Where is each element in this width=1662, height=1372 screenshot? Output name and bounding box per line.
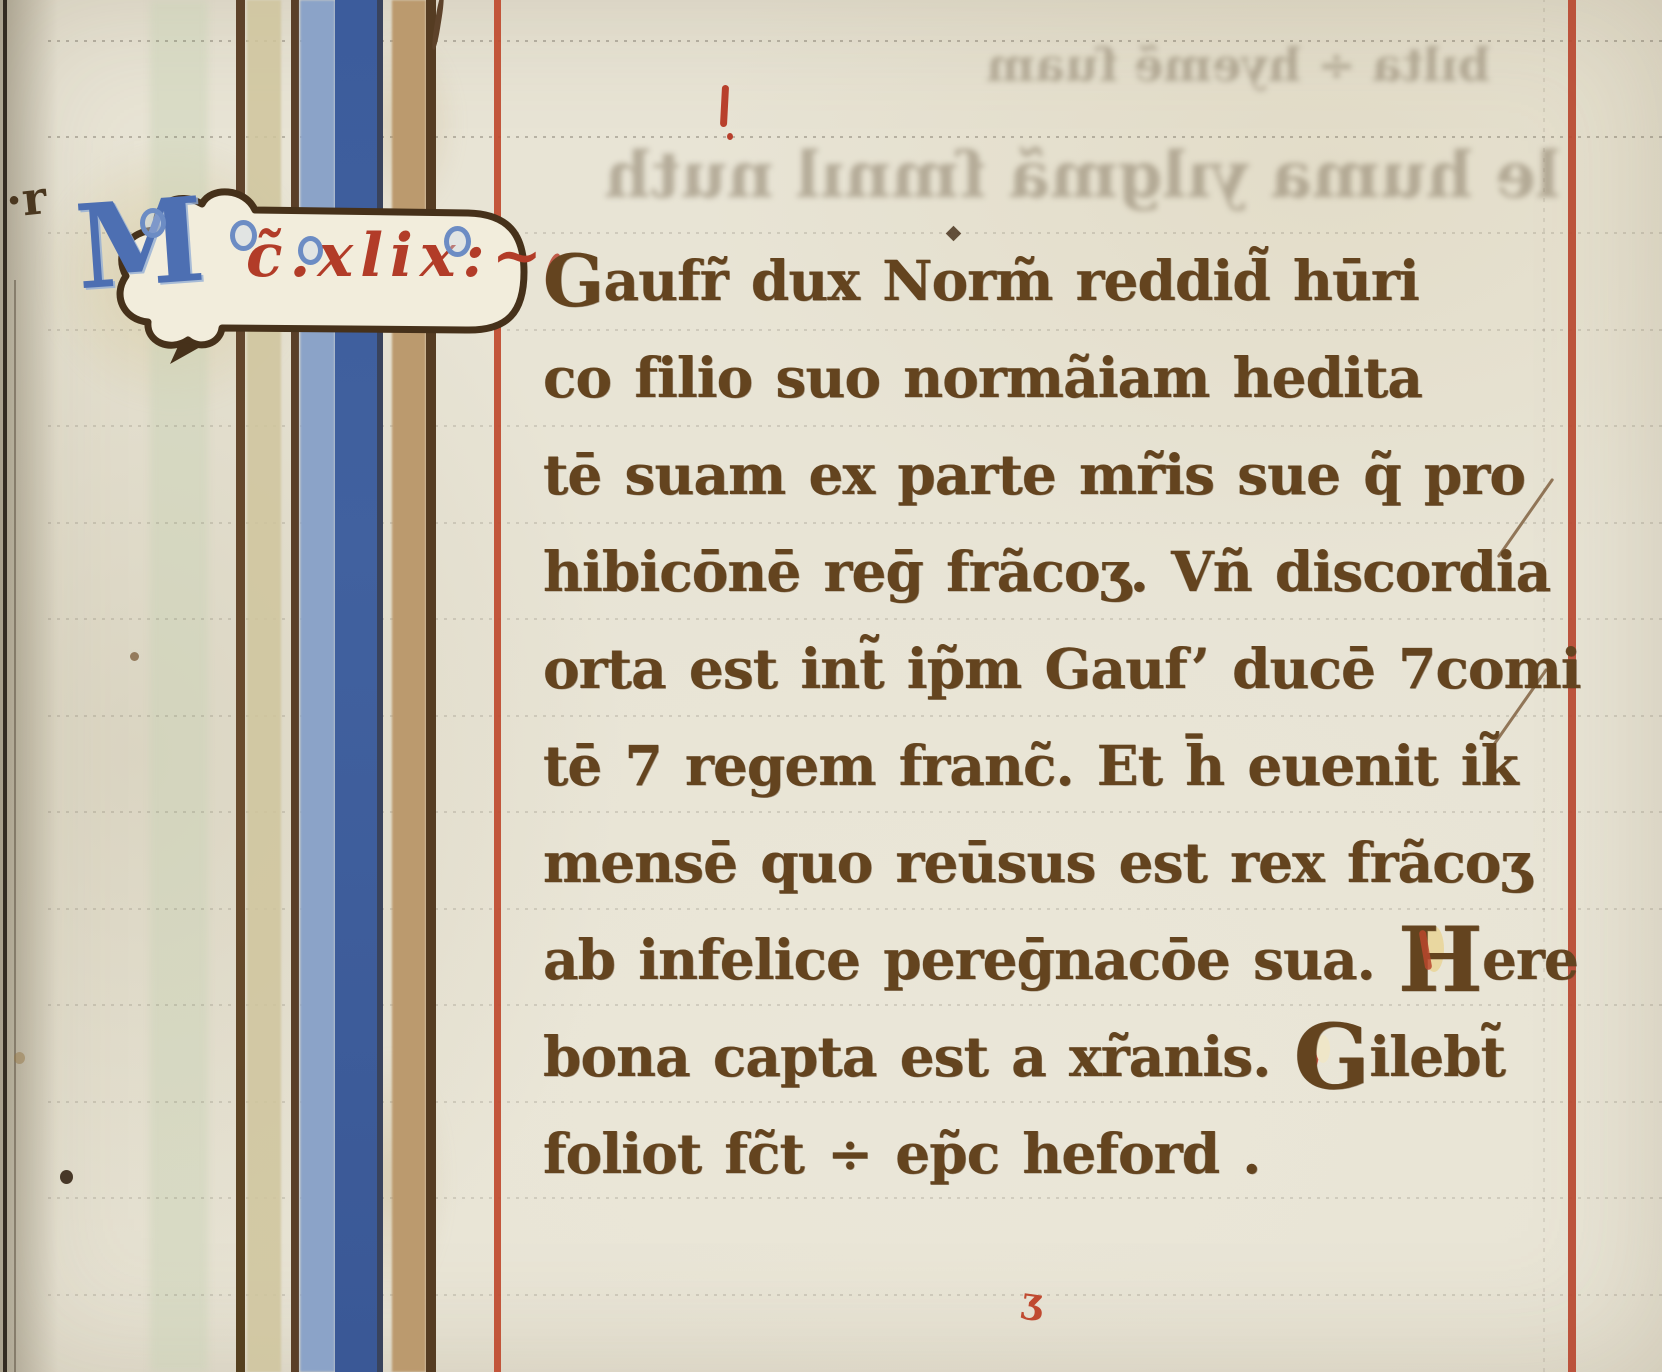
showthrough-text: le huma yılgmã ſmnıl nuth: [560, 138, 1560, 213]
text-block: Gaufr̃ dux Norm̃ reddid̃ hūri co filio s…: [543, 232, 1603, 1202]
year-numeral-red: c̃.xlix:~: [246, 226, 549, 286]
manuscript-line: Gaufr̃ dux Norm̃ reddid̃ hūri: [543, 232, 1603, 329]
red-pen-mark: [720, 85, 729, 127]
page-edge-line: [14, 280, 16, 1372]
initial-m-blue: M: [72, 182, 208, 307]
ink-speck: [60, 1170, 73, 1184]
blue-ring-ornament: [140, 208, 166, 238]
showthrough-text: bılta ÷ hyemẽ ſuam: [590, 38, 1490, 92]
line-text: bona capta est a xr̃anis.: [543, 1024, 1294, 1089]
manuscript-line: mensē quo reūsus est rex frãcoʒ: [543, 814, 1603, 911]
manuscript-line: foliot fc̃t ÷ ep̃c heford .: [543, 1105, 1603, 1202]
manuscript-line: bona capta est a xr̃anis. Gilebt̃: [543, 1008, 1603, 1105]
ink-speck: [130, 652, 139, 661]
red-pen-dot: [727, 133, 733, 140]
manuscript-line: ab infelice pereḡnacōe sua. Here: [543, 911, 1603, 1008]
line-text: ere: [1482, 927, 1578, 992]
margin-mark: ·r: [3, 170, 49, 228]
red-end-flourish: ʒ: [1019, 1279, 1045, 1323]
year-cartouche: M c̃.xlix:~: [62, 184, 542, 374]
blue-ring-ornament: [298, 236, 323, 265]
manuscript-line: tē suam ex parte mr̃is sue q̃ pro: [543, 426, 1603, 523]
manuscript-line: hibicōnē reḡ frãcoʒ. Vñ discordia: [543, 523, 1603, 620]
manuscript-line: orta est int̃ ip̃m Gauf’ ducē 7comi: [543, 620, 1603, 717]
manuscript-line: co filio suo normãiam hedita: [543, 329, 1603, 426]
line-text: ilebt̃: [1369, 1024, 1505, 1089]
blue-ring-ornament: [230, 220, 257, 251]
line-text: aufr̃ dux Norm̃ reddid̃ hūri: [604, 248, 1419, 313]
manuscript-line: tē 7 regem franc̃. Et h̄ euenit ik̃: [543, 717, 1603, 814]
blue-ring-ornament: [444, 226, 471, 257]
line-text: ab infelice pereḡnacōe sua.: [543, 927, 1398, 992]
manuscript-page: bılta ÷ hyemẽ ſuam le huma yılgmã ſmnıl …: [0, 0, 1662, 1372]
ink-speck: [14, 1052, 25, 1064]
